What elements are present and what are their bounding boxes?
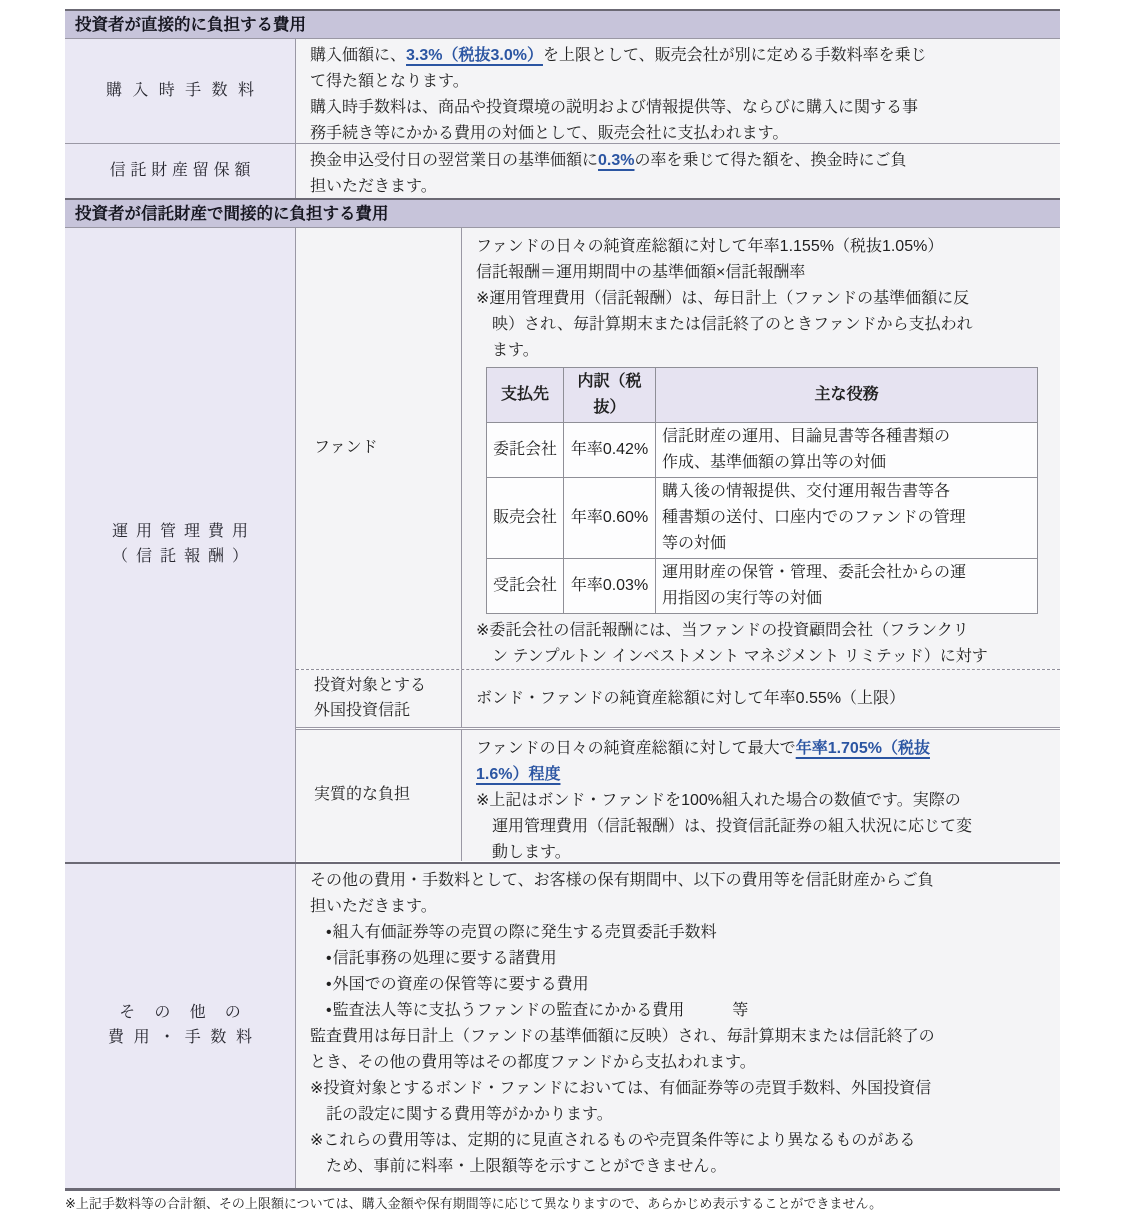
payee-table-header-rate: 内訳（税抜） <box>564 368 656 423</box>
effective-burden-content-cell: ファンドの日々の純資産総額に対して最大で年率1.705%（税抜 1.6%）程度 … <box>462 730 1060 861</box>
distributor-rate: 年率0.60% <box>564 478 656 559</box>
other-fees-paragraph-1: その他の費用・手数料として、お客様の保有期間中、以下の費用等を信託財産からご負 … <box>310 868 1046 920</box>
bullet-icon: • <box>326 1002 332 1019</box>
section-header-indirect-costs: 投資者が信託財産で間接的に負担する費用 <box>65 200 1060 228</box>
other-fees-paragraph-2: 監査費用は毎日計上（ファンドの基準価額に反映）され、毎計算期末または信託終了の … <box>310 1024 1046 1076</box>
effective-burden-p-pre: ファンドの日々の純資産総額に対して最大で <box>476 740 796 757</box>
retention-content-cell: 換金申込受付日の翌営業日の基準価額に0.3%の率を乗じて得た額を、換金時にご負 … <box>296 144 1060 198</box>
effective-burden-label: 実質的な負担 <box>314 783 461 808</box>
other-fees-content-cell: その他の費用・手数料として、お客様の保有期間中、以下の費用等を信託財産からご負 … <box>296 864 1060 1188</box>
payee-table-header-payee: 支払先 <box>487 368 564 423</box>
trustee-duty: 運用財産の保管・管理、委託会社からの運 用指図の実行等の対価 <box>656 559 1038 614</box>
fund-label-cell: ファンド <box>296 228 462 669</box>
trustor-rate: 年率0.42% <box>564 423 656 478</box>
bullet-text: 外国での資産の保管等に要する費用 <box>333 976 589 993</box>
retention-rate-highlight: 0.3% <box>598 152 634 169</box>
table-row-trustor: 委託会社 年率0.42% 信託財産の運用、目論見書等各種書類の 作成、基準価額の… <box>487 423 1038 478</box>
list-item: •監査法人等に支払うファンドの監査にかかる費用 等 <box>326 998 1046 1024</box>
distributor-duty: 購入後の情報提供、交付運用報告書等各 種書類の送付、口座内でのファンドの管理 等… <box>656 478 1038 559</box>
trustee-payee: 受託会社 <box>487 559 564 614</box>
bullet-icon: • <box>326 976 332 993</box>
subrow-fund: ファンド ファンドの日々の純資産総額に対して年率1.155%（税抜1.05%） … <box>296 228 1060 670</box>
bullet-text: 監査法人等に支払うファンドの監査にかかる費用 等 <box>333 1002 749 1019</box>
other-fees-note-1: ※投資対象とするボンド・ファンドにおいては、有価証券等の売買手数料、外国投資信 … <box>310 1076 1046 1128</box>
other-fees-note-2: ※これらの費用等は、定期的に見直されるものや売買条件等により異なるものがある た… <box>310 1128 1046 1180</box>
fund-content-cell: ファンドの日々の純資産総額に対して年率1.155%（税抜1.05%） 信託報酬＝… <box>462 228 1060 669</box>
purchase-fee-paragraph-2: 購入時手数料は、商品や投資環境の説明および情報提供等、ならびに購入に関する事 務… <box>310 95 1046 143</box>
retention-label: 信託財産留保額 <box>110 159 256 184</box>
list-item: •組入有価証券等の売買の際に発生する売買委託手数料 <box>326 920 1046 946</box>
foreign-trust-label-line1: 投資対象とする <box>314 674 461 699</box>
table-row-purchase-fee: 購入時手数料 購入価額に、3.3%（税抜3.0%）を上限として、販売会社が別に定… <box>65 39 1060 144</box>
retention-paragraph: 換金申込受付日の翌営業日の基準価額に0.3%の率を乗じて得た額を、換金時にご負 … <box>310 148 1046 198</box>
foreign-trust-content: ボンド・ファンドの純資産総額に対して年率0.55%（上限） <box>476 686 905 712</box>
bullet-text: 組入有価証券等の売買の際に発生する売買委託手数料 <box>333 924 717 941</box>
fee-table: 投資者が直接的に負担する費用 購入時手数料 購入価額に、3.3%（税抜3.0%）… <box>65 9 1060 1191</box>
management-fee-subrows: ファンド ファンドの日々の純資産総額に対して年率1.155%（税抜1.05%） … <box>296 228 1060 862</box>
purchase-fee-paragraph-1: 購入価額に、3.3%（税抜3.0%）を上限として、販売会社が別に定める手数料率を… <box>310 43 1046 95</box>
fund-intro: ファンドの日々の純資産総額に対して年率1.155%（税抜1.05%） 信託報酬＝… <box>476 234 1046 286</box>
subrow-foreign-trust: 投資対象とする 外国投資信託 ボンド・ファンドの純資産総額に対して年率0.55%… <box>296 670 1060 730</box>
purchase-fee-rate-highlight: 3.3%（税抜3.0%） <box>406 47 543 64</box>
foreign-trust-label-line2: 外国投資信託 <box>314 699 461 724</box>
purchase-fee-content-cell: 購入価額に、3.3%（税抜3.0%）を上限として、販売会社が別に定める手数料率を… <box>296 39 1060 143</box>
other-fees-label-line1: その他の <box>119 1001 260 1026</box>
bullet-text: 信託事務の処理に要する諸費用 <box>333 950 557 967</box>
purchase-fee-label: 購入時手数料 <box>106 79 264 104</box>
payee-breakdown-table: 支払先 内訳（税抜） 主な役務 委託会社 年率0.42% 信託財産の運用、目論見… <box>486 367 1038 614</box>
section-header-direct-costs: 投資者が直接的に負担する費用 <box>65 11 1060 39</box>
other-fees-bullet-list: •組入有価証券等の売買の際に発生する売買委託手数料 •信託事務の処理に要する諸費… <box>310 920 1046 1024</box>
foreign-trust-label-cell: 投資対象とする 外国投資信託 <box>296 670 462 727</box>
other-fees-label-cell: その他の 費用・手数料 <box>65 864 296 1188</box>
table-row-distributor: 販売会社 年率0.60% 購入後の情報提供、交付運用報告書等各 種書類の送付、口… <box>487 478 1038 559</box>
list-item: •外国での資産の保管等に要する費用 <box>326 972 1046 998</box>
payee-table-header-row: 支払先 内訳（税抜） 主な役務 <box>487 368 1038 423</box>
trustee-rate: 年率0.03% <box>564 559 656 614</box>
management-fee-label-line2: （信託報酬） <box>112 545 256 570</box>
purchase-fee-label-cell: 購入時手数料 <box>65 39 296 143</box>
effective-burden-paragraph: ファンドの日々の純資産総額に対して最大で年率1.705%（税抜 1.6%）程度 <box>476 736 1046 788</box>
fund-label: ファンド <box>314 436 461 461</box>
retention-label-cell: 信託財産留保額 <box>65 144 296 198</box>
bullet-icon: • <box>326 950 332 967</box>
fund-note-2: ※委託会社の信託報酬には、当ファンドの投資顧問会社（フランクリ ン テンプルトン… <box>476 618 1046 669</box>
table-footnote: ※上記手数料等の合計額、その上限額については、購入金額や保有期間等に応じて異なり… <box>65 1196 1105 1210</box>
management-fee-label-cell: 運用管理費用 （信託報酬） <box>65 228 296 862</box>
subrow-effective-burden: 実質的な負担 ファンドの日々の純資産総額に対して最大で年率1.705%（税抜 1… <box>296 730 1060 861</box>
other-fees-label-line2: 費用・手数料 <box>108 1026 262 1051</box>
payee-table-header-duty: 主な役務 <box>656 368 1038 423</box>
table-row-trustee: 受託会社 年率0.03% 運用財産の保管・管理、委託会社からの運 用指図の実行等… <box>487 559 1038 614</box>
trustor-duty: 信託財産の運用、目論見書等各種書類の 作成、基準価額の算出等の対価 <box>656 423 1038 478</box>
effective-burden-label-cell: 実質的な負担 <box>296 730 462 861</box>
distributor-payee: 販売会社 <box>487 478 564 559</box>
list-item: •信託事務の処理に要する諸費用 <box>326 946 1046 972</box>
fund-note-1: ※運用管理費用（信託報酬）は、毎日計上（ファンドの基準価額に反 映）され、毎計算… <box>476 286 1046 364</box>
retention-p-pre: 換金申込受付日の翌営業日の基準価額に <box>310 152 598 169</box>
fee-disclosure-page: 投資者が直接的に負担する費用 購入時手数料 購入価額に、3.3%（税抜3.0%）… <box>0 0 1130 1210</box>
foreign-trust-content-cell: ボンド・ファンドの純資産総額に対して年率0.55%（上限） <box>462 670 1060 727</box>
table-row-retention-amount: 信託財産留保額 換金申込受付日の翌営業日の基準価額に0.3%の率を乗じて得た額を… <box>65 144 1060 200</box>
effective-burden-note: ※上記はボンド・ファンドを100%組入れた場合の数値です。実際の 運用管理費用（… <box>476 788 1046 861</box>
trustor-payee: 委託会社 <box>487 423 564 478</box>
table-row-management-fee: 運用管理費用 （信託報酬） ファンド ファンドの日々の純資産総額に対して年率1.… <box>65 228 1060 864</box>
table-row-other-fees: その他の 費用・手数料 その他の費用・手数料として、お客様の保有期間中、以下の費… <box>65 864 1060 1188</box>
purchase-fee-p1-pre: 購入価額に、 <box>310 47 406 64</box>
bullet-icon: • <box>326 924 332 941</box>
management-fee-label-line1: 運用管理費用 <box>112 520 256 545</box>
